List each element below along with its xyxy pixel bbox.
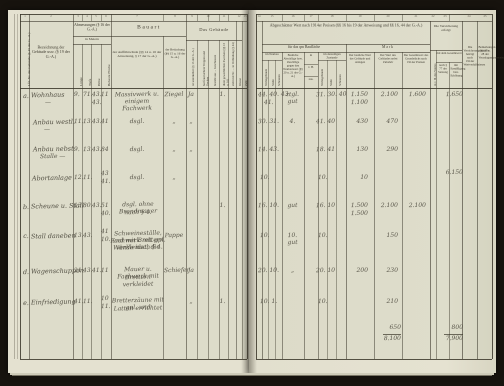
header-label-rotated: in v. H. des Wertes xyxy=(434,42,437,86)
handwritten-entry: 650 xyxy=(381,325,401,332)
handwritten-entry: Massivwerk u. einigem Fachwerk xyxy=(112,91,162,113)
rule-line-horizontal xyxy=(262,52,430,53)
handwritten-entry: 43. xyxy=(83,233,93,240)
handwritten-entry: 10. xyxy=(260,233,270,240)
handwritten-entry: Stall daneben xyxy=(31,233,76,241)
column-number: 21 xyxy=(412,15,420,19)
column-number: 8 xyxy=(171,15,179,19)
handwritten-entry: 41. xyxy=(101,179,111,186)
scanned-ledger-photo: Bezeichnung der Gebäude usw. (§ 19 der G… xyxy=(0,0,504,386)
handwritten-entry: 210 xyxy=(374,299,398,306)
handwritten-entry: Anbau westl. xyxy=(33,119,75,127)
handwritten-entry: 800 xyxy=(443,325,463,332)
rule-line-vertical xyxy=(492,14,493,359)
handwritten-entry: 8.100 xyxy=(381,336,401,343)
handwritten-entry: Brettern verkleidet xyxy=(112,274,164,289)
handwritten-entry: 200 xyxy=(344,268,368,275)
handwritten-entry: „ xyxy=(283,268,302,275)
handwritten-entry: 10. xyxy=(260,175,270,182)
header-label-rotated: Ställe xyxy=(330,40,333,86)
rule-line-vertical xyxy=(73,14,74,359)
handwritten-entry: nach § 4. xyxy=(112,209,164,217)
rule-line-vertical xyxy=(462,21,463,359)
handwritten-entry: Ja xyxy=(185,92,197,99)
header-label: der Aufführwände (§§ 14 u. 16 der Anweis… xyxy=(112,50,162,58)
column-number: 19 xyxy=(356,15,364,19)
column-number: 3 xyxy=(74,15,82,19)
handwritten-entry: 9. xyxy=(74,147,80,154)
handwritten-entry: 18. 41 xyxy=(316,147,335,154)
handwritten-entry: b. xyxy=(22,204,30,212)
handwritten-entry: Einfriedigung xyxy=(31,299,76,307)
rule-line-vertical xyxy=(17,14,18,359)
rule-line-horizontal xyxy=(73,44,111,45)
rule-line-vertical xyxy=(14,14,15,359)
rule-line-horizontal xyxy=(20,359,247,360)
rule-line-horizontal xyxy=(20,21,247,22)
rule-line-vertical xyxy=(318,14,319,21)
handwritten-entry: 1. xyxy=(217,92,228,99)
rule-line-horizontal xyxy=(256,359,492,360)
handwritten-entry: 31. 30. 40 xyxy=(316,92,347,100)
header-label: Abgeschätzter Wert nach 1914er Preisen (… xyxy=(262,23,430,28)
column-number: 14 xyxy=(255,15,263,19)
header-label: Abmessungen (§ 16 der G.-A.) xyxy=(73,23,111,32)
handwritten-entry: Latten errichtet xyxy=(110,305,166,313)
header-label-rotated: Ställe xyxy=(272,40,275,86)
column-number: 20 xyxy=(384,15,392,19)
header-label-rotated: Länge xyxy=(79,46,83,86)
rule-line-horizontal xyxy=(186,40,242,41)
handwritten-entry: 10. gut xyxy=(283,233,302,247)
column-number: 15 xyxy=(268,15,276,19)
handwritten-entry: Pappe xyxy=(164,233,184,240)
header-label: Der Wert des Gebäudes nebst Zubehör xyxy=(375,54,401,65)
rule-line-vertical xyxy=(430,21,431,359)
handwritten-entry: 1.100 xyxy=(344,100,368,107)
rule-line-vertical xyxy=(436,50,437,359)
header-label-rotated: Klasse xyxy=(239,24,242,86)
header-label-rotated: hat feuersichere Treppen und Decken xyxy=(203,42,210,86)
header-label: der Bedachung (§§ 15 u. 16 der G.-A.) xyxy=(164,48,185,59)
handwritten-entry: 7.900 xyxy=(443,336,463,343)
handwritten-entry: 2.100 xyxy=(374,203,398,210)
handwritten-entry: 84 xyxy=(101,147,109,154)
handwritten-entry: 230 xyxy=(374,268,398,275)
handwritten-entry: 51 xyxy=(101,203,109,210)
handwritten-entry: 30. 31. xyxy=(258,119,279,126)
handwritten-entry: 14. 43. xyxy=(258,147,279,154)
handwritten-entry: — xyxy=(44,127,50,134)
header-label-rotated: besteht aus ... Geschossen xyxy=(214,42,217,86)
rule-line-horizontal xyxy=(304,76,318,77)
column-number: 9 xyxy=(188,15,196,19)
handwritten-entry: gut xyxy=(283,203,302,210)
column-number: 23 xyxy=(441,15,449,19)
rule-line-vertical xyxy=(477,21,478,359)
handwritten-entry: 16. 10. xyxy=(258,203,279,210)
header-label-rotated: steht mit Nr. ... in Verbindung (§ 44) xyxy=(232,42,235,86)
header-label: Bauart xyxy=(111,24,186,30)
rule-line-vertical xyxy=(186,14,187,359)
column-number: 1 xyxy=(21,15,29,19)
rule-line-vertical xyxy=(236,21,237,359)
handwritten-entry: 41 xyxy=(101,229,109,236)
rule-line-horizontal xyxy=(304,64,318,65)
handwritten-entry: 1.650 xyxy=(438,92,463,99)
handwritten-entry: e. xyxy=(22,300,30,308)
column-number: 5 xyxy=(92,15,100,19)
header-label-rotated: Höhe xyxy=(97,46,101,86)
handwritten-entry: 11. xyxy=(83,175,93,182)
rule-line-vertical xyxy=(304,52,305,359)
rule-line-vertical xyxy=(262,21,263,359)
handwritten-entry: 40. xyxy=(101,211,111,218)
handwritten-entry: 1.500 xyxy=(344,211,368,218)
handwritten-entry: 41. 40 xyxy=(316,119,335,126)
rule-line-vertical xyxy=(346,14,347,21)
page-stack-shadow xyxy=(12,375,492,376)
handwritten-entry: 10 xyxy=(344,175,368,182)
handwritten-entry: 43. xyxy=(92,100,102,107)
handwritten-entry: 43 xyxy=(101,171,109,178)
header-label-rotated: Scheunen xyxy=(278,40,281,86)
handwritten-entry: 41 xyxy=(101,119,109,126)
header-label: mit dem Gesamtwert xyxy=(436,52,462,56)
column-number: 7 xyxy=(133,15,141,19)
header-label: Der bauliche Wert der Gebäude und Anlage… xyxy=(347,54,373,65)
header-label-rotated: Tiefe xyxy=(88,46,92,86)
handwritten-entry: 10. 1. xyxy=(260,299,277,306)
column-number: 17 xyxy=(307,15,315,19)
rule-line-vertical xyxy=(449,62,450,359)
handwritten-entry: 10. xyxy=(318,233,328,240)
rule-line-vertical xyxy=(449,14,450,21)
handwritten-entry: „ xyxy=(164,175,184,182)
header-label: nach § 77 der Satzung xyxy=(437,64,448,75)
rule-line-vertical xyxy=(228,14,229,21)
header-label-rotated: dient gewerblichen Zwecken (§§ 15 u. 16) xyxy=(223,42,230,86)
handwritten-entry: dsgl. xyxy=(112,146,162,154)
column-number: 25 xyxy=(481,15,489,19)
handwritten-entry: Stalle — xyxy=(40,154,66,161)
column-number: 4 xyxy=(83,15,91,19)
handwritten-entry: Wände nach § 4. xyxy=(110,244,166,252)
header-label-rotated: Scheunen xyxy=(339,40,342,86)
handwritten-entry: ztgl. gut xyxy=(283,92,302,106)
handwritten-entry: „ xyxy=(185,299,197,306)
handwritten-entry: 11 xyxy=(101,268,109,275)
handwritten-entry: 1. xyxy=(217,299,228,306)
header-label: Das Gebäude xyxy=(186,27,242,32)
rule-line-vertical xyxy=(163,14,164,21)
column-number: 2 xyxy=(47,15,55,19)
handwritten-entry: d. xyxy=(22,269,30,277)
handwritten-entry: 470 xyxy=(374,119,398,126)
handwritten-entry: 10 xyxy=(101,296,109,303)
handwritten-entry: Ziegel xyxy=(164,92,184,99)
handwritten-entry: — xyxy=(45,100,51,107)
handwritten-entry: 10. xyxy=(318,175,328,182)
handwritten-entry: 16. 10 xyxy=(316,203,335,210)
header-label: mit Ermäßigung bzw. Erhöhung xyxy=(450,64,461,78)
binding-gutter xyxy=(241,10,257,373)
handwritten-entry: 9. xyxy=(74,92,80,99)
rule-line-vertical xyxy=(336,60,337,359)
header-label: Mark xyxy=(346,45,430,49)
column-number: 16 xyxy=(289,15,297,19)
handwritten-entry: 150 xyxy=(374,233,398,240)
handwritten-entry: 2.100 xyxy=(402,203,426,210)
handwritten-entry: 20. 10. xyxy=(258,268,279,275)
handwritten-entry: „ xyxy=(185,147,197,154)
header-label: Bauliche Abschläge bzw. Zuschläge gegen … xyxy=(283,54,303,79)
header-label-rotated: Lfd. Nr. der Gebäude (§ 15 der G.-A.) xyxy=(27,24,31,86)
header-label: in Metern xyxy=(73,37,111,41)
column-number: 22 xyxy=(429,15,437,19)
rule-line-vertical xyxy=(282,14,283,21)
rule-line-vertical xyxy=(374,14,375,21)
rule-line-vertical xyxy=(197,14,198,21)
header-label: Die Versicherungssumme beträgt nach 1914… xyxy=(463,46,476,67)
header-label-rotated: Zahl xyxy=(245,24,248,86)
header-label: Bemerkungen (§§ 27 u. 28 der Veranlagung… xyxy=(478,46,491,60)
header-label: in xyxy=(304,54,318,58)
column-number: 11 xyxy=(220,15,228,19)
column-number: 6 xyxy=(102,15,110,19)
handwritten-entry: 6.150 xyxy=(438,170,463,177)
handwritten-entry: „ xyxy=(164,119,184,126)
handwritten-entry: 290 xyxy=(374,147,398,154)
handwritten-entry: 130 xyxy=(344,147,368,154)
handwritten-entry: dsgl. xyxy=(112,174,162,182)
handwritten-entry: 11. xyxy=(83,299,93,306)
rule-line-vertical xyxy=(402,14,403,21)
header-label-rotated: ist unterkellert (§ 13 der G.-A.) xyxy=(192,42,195,86)
handwritten-entry: Schiefer xyxy=(164,268,184,275)
header-label-rotated: Wohngebäude xyxy=(265,40,268,86)
handwritten-entry: a. xyxy=(22,93,30,101)
rule-line-horizontal xyxy=(20,88,247,89)
handwritten-entry: 11 xyxy=(101,92,109,99)
header-label: Bezeichnung der Gebäude usw. (§ 19 der G… xyxy=(30,45,72,59)
handwritten-entry: dsgl. xyxy=(112,118,162,126)
handwritten-entry: 430 xyxy=(344,119,368,126)
header-label-rotated: Wohngebäude xyxy=(321,40,324,86)
header-label: v. H. xyxy=(304,66,318,70)
rule-line-vertical xyxy=(304,14,305,21)
header-label-rotated: Bebaute Fläche xyxy=(107,46,111,86)
header-label: zus. xyxy=(304,78,318,82)
handwritten-entry: 1. xyxy=(217,203,228,210)
handwritten-entry: 2.100 xyxy=(374,92,398,99)
handwritten-entry: c. xyxy=(22,233,30,241)
rule-line-horizontal xyxy=(256,88,492,89)
rule-line-vertical xyxy=(20,14,21,359)
handwritten-entry: 20. 10 xyxy=(316,268,335,275)
header-label: Die Versicherung erfolgt xyxy=(430,24,462,32)
column-number: 10 xyxy=(204,15,212,19)
rule-line-vertical xyxy=(256,14,257,359)
header-label: Der Gesamtwert des Grundstücks nach 1914… xyxy=(403,54,429,65)
handwritten-entry: Abortanlage xyxy=(32,175,72,183)
handwritten-entry: 41. xyxy=(264,100,274,107)
handwritten-entry: 10. xyxy=(318,299,328,306)
handwritten-entry: Ja xyxy=(185,268,197,275)
rule-line-horizontal xyxy=(436,62,462,63)
column-number: 18 xyxy=(328,15,336,19)
handwritten-entry: „ xyxy=(164,147,184,154)
handwritten-entry: „ xyxy=(185,119,197,126)
handwritten-entry: 4. xyxy=(283,119,302,126)
rule-line-horizontal xyxy=(256,21,492,22)
column-number: 24 xyxy=(465,15,473,19)
handwritten-entry: 1.600 xyxy=(402,92,426,99)
column-number: 13 xyxy=(241,15,249,19)
